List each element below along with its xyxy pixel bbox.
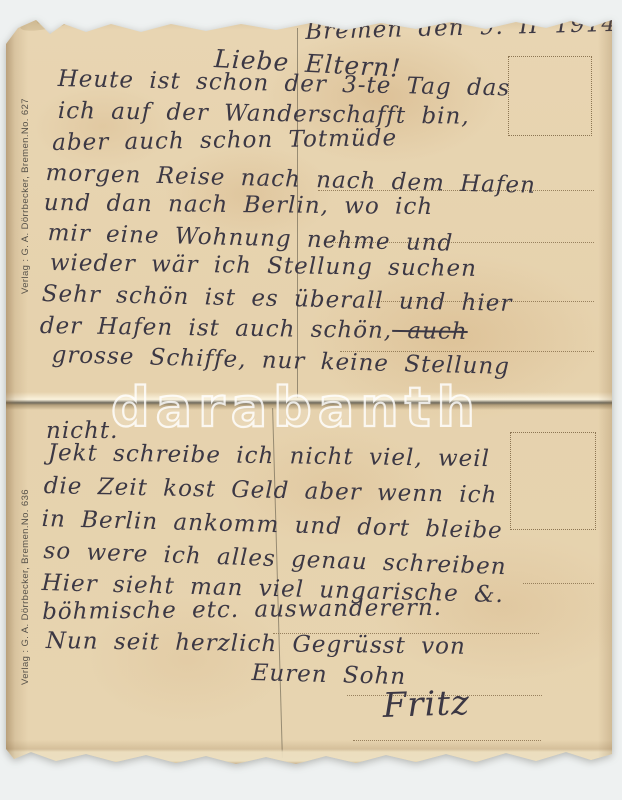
address-line (353, 740, 541, 741)
handwriting-line: böhmische etc. auswanderern. (42, 595, 442, 625)
struck-word: auch (392, 318, 468, 345)
publisher-imprint: Verlag : G. A. Dörrbecker, Bremen. No. 6… (20, 107, 31, 294)
postcard-paper: Verlag : G. A. Dörrbecker, Bremen. No. 6… (6, 14, 612, 764)
handwriting-line: aber auch schon Totmüde (52, 125, 397, 156)
publisher-name: Verlag : G. A. Dörrbecker, Bremen. (20, 134, 31, 294)
torn-edge-fiber (35, 7, 70, 26)
handwriting-line: Sehr schön ist es überall und hier (41, 281, 512, 317)
torn-edge-fiber (19, 12, 72, 33)
stamp-box (508, 56, 592, 136)
handwriting-line: der Hafen ist auch schön, auch (40, 313, 468, 345)
address-line (523, 583, 594, 584)
publisher-name: Verlag : G. A. Dörrbecker, Bremen. (20, 525, 31, 685)
handwriting-line: und dan nach Berlin, wo ich (44, 190, 434, 220)
stamp-box (510, 432, 596, 530)
handwriting-line: ich auf der Wanderschafft bin, (58, 98, 470, 130)
handwriting-line: wieder wär ich Stellung suchen (50, 250, 477, 282)
card-number: No. 636 (20, 489, 31, 525)
handwritten-dateline: Bremen den 9. II 1914. (305, 11, 622, 45)
handwriting-line: Nun seit herzlich Gegrüsst von (46, 628, 466, 660)
handwriting-line: in Berlin ankomm und dort bleibe (41, 506, 503, 544)
publisher-imprint: Verlag : G. A. Dörrbecker, Bremen. No. 6… (20, 504, 31, 685)
handwriting-line: Heute ist schon der 3-te Tag das (57, 66, 510, 101)
handwriting-line: Fritz (382, 683, 471, 726)
card-number: No. 627 (20, 98, 31, 134)
postcard-scan: Verlag : G. A. Dörrbecker, Bremen. No. 6… (6, 14, 612, 764)
torn-edge-fiber (551, 12, 609, 24)
handwriting-line: Jekt schreibe ich nicht viel, weil (48, 440, 490, 472)
handwriting-line: die Zeit kost Geld aber wenn ich (43, 473, 497, 508)
handwriting-line: grosse Schiffe, nur keine Stellung (51, 342, 510, 380)
darabanth-watermark: darabanth (111, 376, 481, 439)
